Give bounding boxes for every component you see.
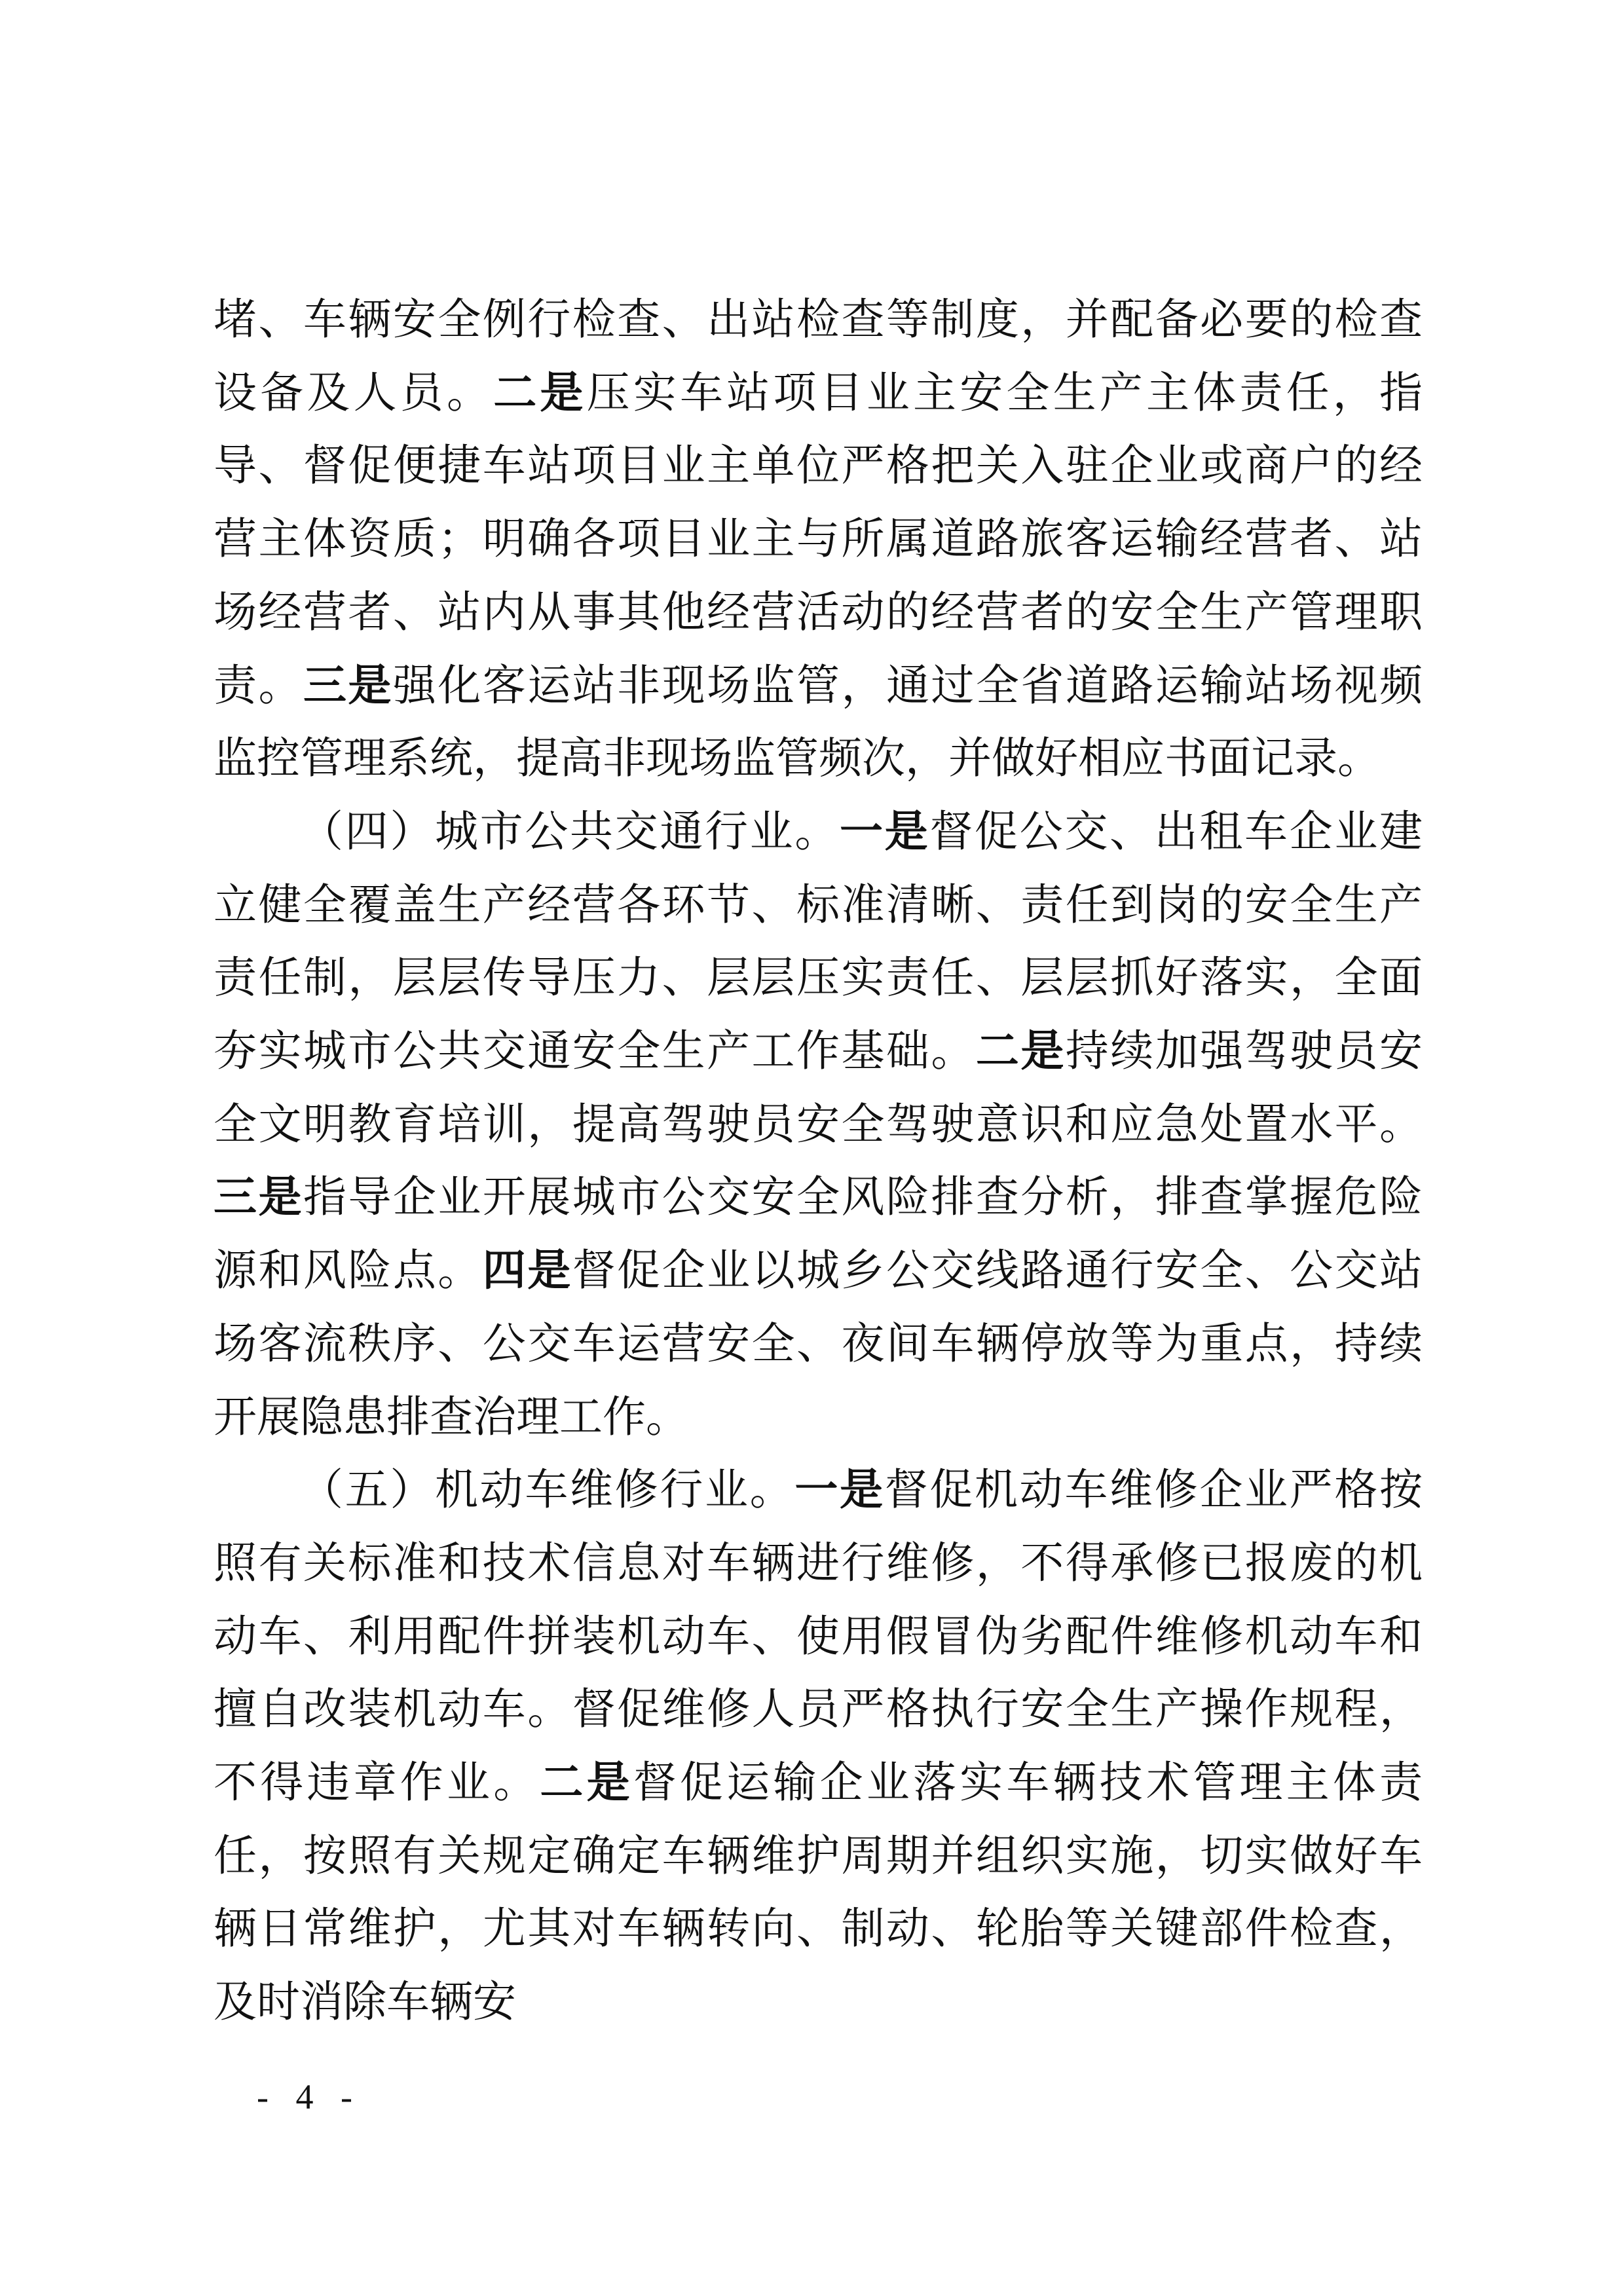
enumeration-lead: 一是 <box>840 805 929 857</box>
enumeration-lead: 三是 <box>214 1171 303 1222</box>
section-heading: （四）城市公共交通行业。 <box>300 806 840 857</box>
document-body: 堵、车辆安全例行检查、出站检查等制度，并配备必要的检查设备及人员。二是压实车站项… <box>214 283 1423 2039</box>
paragraph-text: 压实车站项目业主安全生产主体责任，指导、督促便捷车站项目业主单位严格把关入驻企业… <box>214 367 1423 711</box>
enumeration-lead: 三是 <box>303 659 393 711</box>
enumeration-lead: 二是 <box>493 367 586 418</box>
paragraph: （四）城市公共交通行业。一是督促公交、出租车企业建立健全覆盖生产经营各环节、标准… <box>214 795 1423 1453</box>
section-heading: （五）机动车维修行业。 <box>300 1464 794 1515</box>
enumeration-lead: 一是 <box>794 1464 884 1515</box>
enumeration-lead: 二是 <box>540 1756 633 1807</box>
paragraph-text: 强化客运站非现场监管，通过全省道路运输站场视频监控管理系统，提高非现场监管频次，… <box>214 660 1423 784</box>
enumeration-lead: 四是 <box>483 1244 572 1295</box>
paragraph: （五）机动车维修行业。一是督促机动车维修企业严格按照有关标准和技术信息对车辆进行… <box>214 1453 1423 2039</box>
paragraph: 堵、车辆安全例行检查、出站检查等制度，并配备必要的检查设备及人员。二是压实车站项… <box>214 283 1423 795</box>
enumeration-lead: 二是 <box>976 1025 1066 1076</box>
paragraph-text: 督促机动车维修企业严格按照有关标准和技术信息对车辆进行维修，不得承修已报废的机动… <box>214 1464 1423 1807</box>
document-page: 堵、车辆安全例行检查、出站检查等制度，并配备必要的检查设备及人员。二是压实车站项… <box>0 0 1623 2296</box>
page-number: - 4 - <box>257 2077 362 2117</box>
